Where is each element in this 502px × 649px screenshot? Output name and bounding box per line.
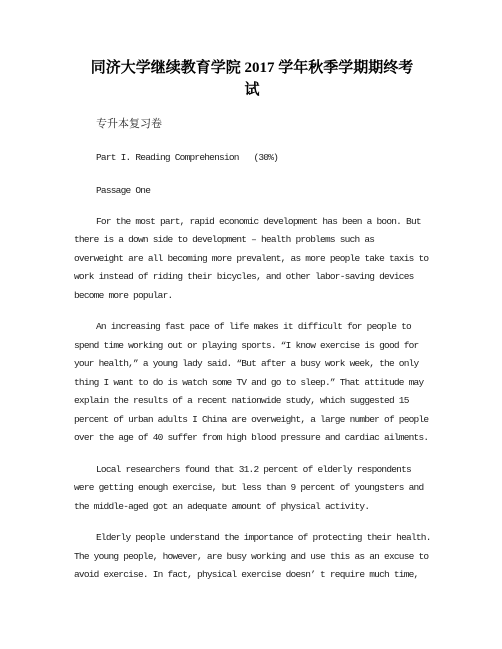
text-line: your health,” a young lady said. “But af…: [74, 355, 430, 374]
exam-title-line2: 试: [74, 79, 430, 101]
text-line: work instead of riding their bicycles, a…: [74, 268, 430, 287]
text-line: become more popular.: [74, 287, 430, 306]
exam-title-line1: 同济大学继续教育学院 2017 学年秋季学期期终考: [74, 57, 430, 79]
text-line: For the most part, rapid economic develo…: [74, 213, 430, 232]
text-line: explain the results of a recent nationwi…: [74, 392, 430, 411]
exam-title: 同济大学继续教育学院 2017 学年秋季学期期终考 试: [74, 57, 430, 101]
text-line: spend time working out or playing sports…: [74, 337, 430, 356]
text-line: the middle-aged got an adequate amount o…: [74, 498, 430, 517]
text-line: Elderly people understand the importance…: [74, 529, 430, 548]
text-line: overweight are all becoming more prevale…: [74, 250, 430, 269]
text-line: Local researchers found that 31.2 percen…: [74, 461, 430, 480]
text-line: thing I want to do is watch some TV and …: [74, 374, 430, 393]
text-line: The young people, however, are busy work…: [74, 548, 430, 567]
text-line: avoid exercise. In fact, physical exerci…: [74, 566, 430, 585]
paragraph-2: An increasing fast pace of life makes it…: [74, 318, 430, 448]
paragraph-3: Local researchers found that 31.2 percen…: [74, 461, 430, 517]
text-line: percent of urban adults I China are over…: [74, 411, 430, 430]
passage-heading: Passage One: [74, 182, 430, 201]
document-page: 同济大学继续教育学院 2017 学年秋季学期期终考 试 专升本复习卷 Part …: [0, 0, 502, 649]
document-body: 同济大学继续教育学院 2017 学年秋季学期期终考 试 专升本复习卷 Part …: [0, 0, 502, 585]
paragraph-1: For the most part, rapid economic develo…: [74, 213, 430, 306]
text-line: over the age of 40 suffer from high bloo…: [74, 429, 430, 448]
paper-subtitle: 专升本复习卷: [74, 115, 430, 134]
part-heading: Part I. Reading Comprehension (30%): [74, 149, 430, 168]
paragraph-4: Elderly people understand the importance…: [74, 529, 430, 585]
text-line: there is a down side to development – he…: [74, 231, 430, 250]
text-line: were getting enough exercise, but less t…: [74, 479, 430, 498]
text-line: An increasing fast pace of life makes it…: [74, 318, 430, 337]
